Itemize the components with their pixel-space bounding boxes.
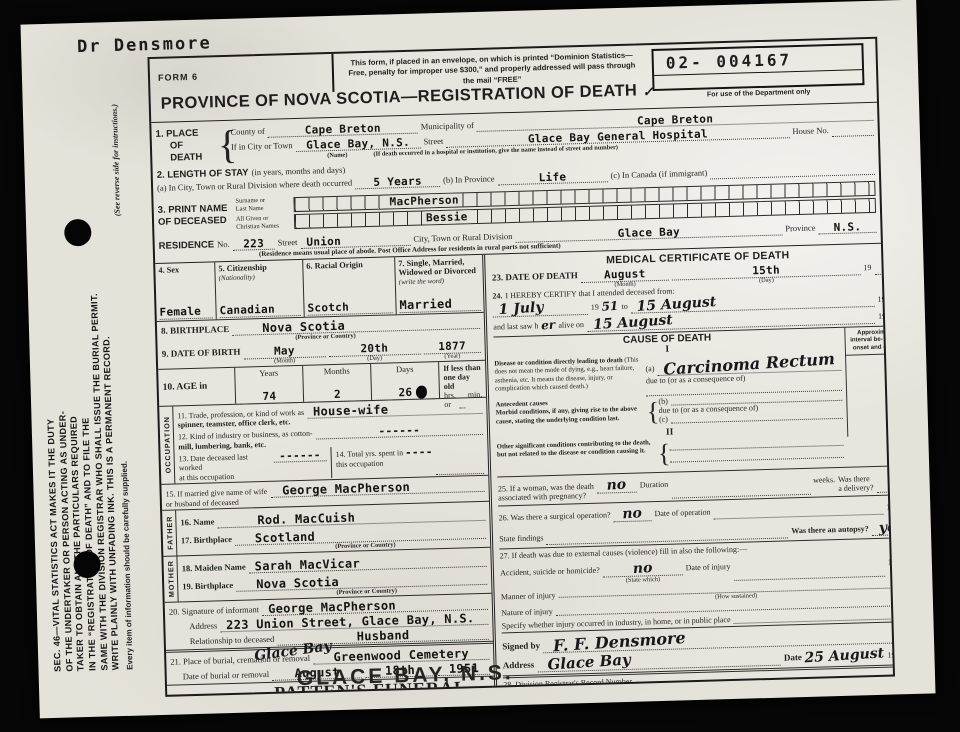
form-number: FORM 6: [158, 72, 198, 83]
blank-line: [713, 506, 883, 520]
handwritten-annotation: Dr Densmore: [77, 33, 212, 57]
interval-header: Approximate interval be- tween onset and…: [845, 326, 895, 356]
death-month: August: [581, 266, 669, 282]
accident-answer: no: [632, 560, 652, 577]
field-27-external-causes: 27. If death was due to external causes …: [500, 538, 895, 633]
informant-relationship: Husband: [357, 628, 410, 643]
filed-year: 51: [629, 691, 647, 697]
certificate-date: 25 August: [804, 645, 885, 666]
mother-birthplace-value: Nova Scotia: [256, 575, 339, 591]
municipality-value: Cape Breton: [637, 112, 713, 127]
divider: [331, 54, 334, 92]
surname-caption: Surname orLast Name: [235, 196, 293, 213]
stay-b-label: (b) In Province: [443, 173, 495, 184]
pregnancy-answer: no: [607, 476, 627, 493]
death-day: 15th: [672, 261, 861, 280]
marital-status-value: Married: [399, 296, 481, 313]
left-sidebar-rotated-text: SEC. 46—VITAL STATISTICS ACT MAKES IT TH…: [37, 104, 135, 672]
last-worked-value: ------: [279, 449, 321, 463]
birth-day: 20th: [328, 340, 420, 357]
blank-line: [734, 568, 885, 581]
less-than-one-day: If less than one day old hrs. or min.: [438, 361, 486, 398]
physician-address: Glace Bay: [547, 650, 631, 673]
brace-glyph: {: [646, 397, 656, 427]
registration-form: FORM 6 This form, if placed in an envelo…: [147, 37, 895, 697]
spouse-value: George MacPherson: [282, 480, 410, 498]
citizenship-value: Canadian: [219, 302, 300, 318]
street-label: Street: [423, 136, 443, 147]
fields-4-to-7: 4. Sex Female 5. Citizenship (Nationalit…: [155, 255, 484, 322]
brace-glyph: {: [658, 439, 668, 469]
age-months: Months 2: [302, 364, 371, 402]
scanned-death-certificate: Dr Densmore SEC. 46—VITAL STATISTICS ACT…: [0, 0, 960, 732]
personal-particulars-column: 4. Sex Female 5. Citizenship (Nationalit…: [155, 255, 495, 697]
field-5-citizenship: 5. Citizenship (Nationality) Canadian: [215, 260, 305, 319]
autopsy-answer: yes: [879, 519, 895, 537]
age-days-value-with-ink-blot: 26: [376, 385, 435, 401]
given-name-value: Bessie: [423, 210, 471, 224]
paper-sheet: Dr Densmore SEC. 46—VITAL STATISTICS ACT…: [20, 0, 935, 718]
residence-label: RESIDENCE: [159, 239, 215, 252]
attended-from-year: 51: [601, 299, 619, 314]
birth-month: May: [243, 343, 325, 359]
brace-glyph: {: [217, 123, 231, 167]
racial-origin-value: Scotch: [307, 299, 392, 315]
last-seen-year: 51: [889, 308, 895, 323]
residence-street-value: Union: [306, 235, 341, 249]
city-label: If in City or Town: [231, 140, 293, 152]
stay-b-value: Life: [538, 170, 566, 184]
stay-c-label: (c) In Canada (if immigrant): [610, 168, 707, 181]
registration-number-box: 02- 004167: [651, 43, 864, 91]
residence-city-label: City, Town or Rural Division: [413, 231, 512, 244]
interval-column: Approximate interval be- tween onset and…: [844, 326, 895, 437]
residence-province-label: Province: [785, 222, 815, 233]
father-name-value: Rod. MacCuish: [257, 510, 355, 527]
field-4-sex: 4. Sex Female: [155, 262, 217, 321]
total-years-value: ----: [405, 445, 433, 459]
age-days: Days 26: [370, 362, 439, 400]
death-year: 51: [874, 260, 895, 275]
last-seen-handwritten: 15 August: [592, 312, 673, 333]
blank-line: [733, 610, 895, 624]
father-vertical-label: FATHER: [162, 510, 177, 555]
birth-year: 1877: [423, 339, 481, 355]
house-no-label: House No.: [792, 125, 829, 136]
county-label: County of: [230, 126, 265, 137]
residence-city-value: Glace Bay: [618, 225, 681, 240]
residence-province-value: N.S.: [833, 220, 861, 234]
residence-no-value: 223: [243, 237, 264, 251]
field-7-marital-status: 7. Single, Married, Widowed or Divorced …: [395, 255, 484, 314]
mother-maiden-name-value: Sarah MacVicar: [254, 556, 360, 573]
father-birthplace-value: Scotland: [255, 529, 316, 545]
cause-of-death-section: Approximate interval be- tween onset and…: [494, 326, 895, 477]
field-13-last-worked: 13. Date deceased last workedat this occ…: [178, 447, 327, 482]
field-6-racial-origin: 6. Racial Origin Scotch: [303, 257, 397, 317]
sidebar-note-instructions: (See reverse side for instructions.): [110, 104, 122, 216]
medical-certificate-column: MEDICAL CERTIFICATE OF DEATH 23. DATE OF…: [482, 243, 895, 697]
attended-from-handwritten: 1 July: [498, 299, 544, 318]
occupation-group: OCCUPATION 11. Trade, profession, or kin…: [159, 398, 488, 486]
division-registrar-signature: Duncan MacRae: [713, 680, 851, 697]
blank-line: [671, 486, 810, 499]
blank-line: [876, 483, 895, 493]
surname-value: MacPherson: [386, 193, 462, 208]
industry-value: ------: [378, 424, 420, 438]
name-caption: (Name): [327, 152, 347, 160]
field-14-total-years: 14. Total yrs. spent in ----this occupat…: [331, 443, 485, 478]
sidebar-note: Every item of information should be care…: [120, 461, 135, 670]
pronoun-handwritten: er: [541, 317, 556, 332]
registration-number-block: 02- 004167 For use of the Department onl…: [651, 43, 864, 100]
stay-a-value: 5 Years: [373, 175, 422, 189]
municipality-label: Municipality of: [421, 120, 474, 131]
blank-line: [832, 127, 874, 137]
county-value: Cape Breton: [305, 122, 381, 137]
filed-date-handwritten: Aug 25: [547, 691, 603, 697]
given-names-caption: All Given orChristian Names: [236, 214, 294, 231]
birthplace-value: Nova Scotia: [262, 318, 345, 334]
operation-answer: no: [622, 505, 642, 522]
trade-value: House-wife: [313, 402, 389, 418]
residence-no-label: No.: [217, 239, 230, 249]
sex-value: Female: [159, 304, 212, 319]
residence-street-label: Street: [277, 237, 297, 248]
attended-to-year: 51: [888, 291, 895, 306]
mother-vertical-label: MOTHER: [163, 556, 178, 601]
occupation-vertical-label: OCCUPATION: [159, 406, 175, 484]
blank-line: [436, 465, 484, 475]
age-years: Years 74: [234, 366, 303, 404]
